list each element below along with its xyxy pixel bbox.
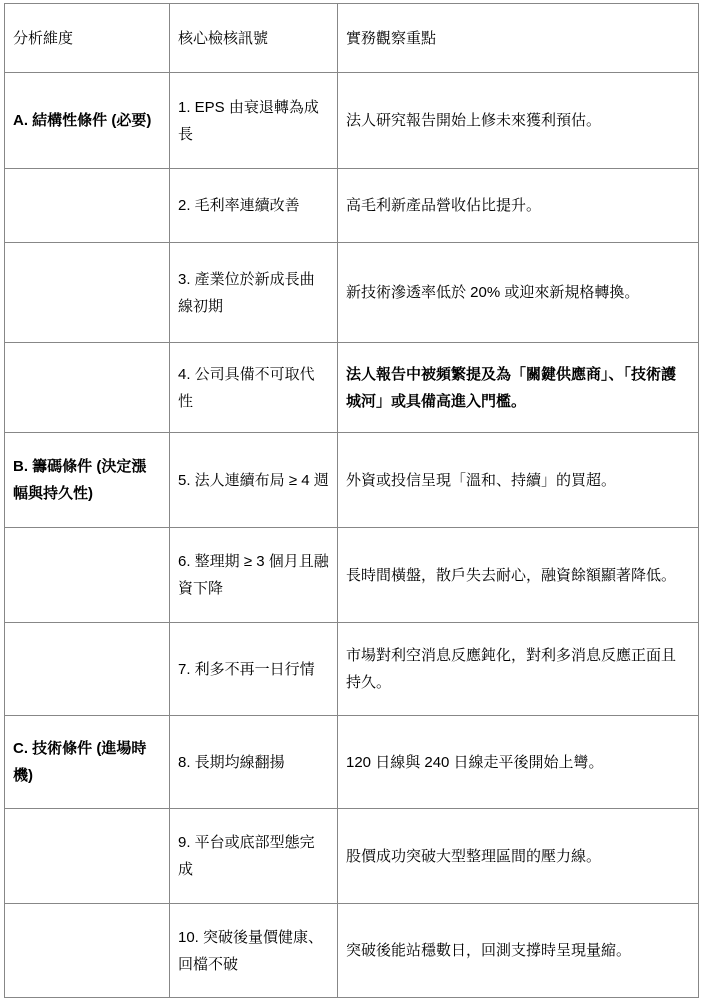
- dimension-cell: A. 結構性條件 (必要): [5, 73, 170, 169]
- dimension-cell: [5, 904, 170, 998]
- column-header-observation: 實務觀察重點: [338, 4, 699, 73]
- column-header-signal: 核心檢核訊號: [170, 4, 338, 73]
- dimension-cell: [5, 169, 170, 243]
- observation-cell: 股價成功突破大型整理區間的壓力線。: [338, 809, 699, 904]
- signal-cell: 7. 利多不再一日行情: [170, 623, 338, 716]
- header-row: 分析維度 核心檢核訊號 實務觀察重點: [5, 4, 699, 73]
- table-row: 9. 平台或底部型態完成 股價成功突破大型整理區間的壓力線。: [5, 809, 699, 904]
- observation-cell: 法人研究報告開始上修未來獲利預估。: [338, 73, 699, 169]
- signal-cell: 1. EPS 由衰退轉為成長: [170, 73, 338, 169]
- observation-cell: 市場對利空消息反應鈍化，對利多消息反應正面且持久。: [338, 623, 699, 716]
- signal-cell: 6. 整理期 ≥ 3 個月且融資下降: [170, 528, 338, 623]
- table-row: 4. 公司具備不可取代性 法人報告中被頻繁提及為「關鍵供應商」、「技術護城河」或…: [5, 343, 699, 433]
- table-row: 2. 毛利率連續改善 高毛利新產品營收佔比提升。: [5, 169, 699, 243]
- dimension-cell: [5, 809, 170, 904]
- dimension-cell: [5, 243, 170, 343]
- signal-cell: 10. 突破後量價健康、回檔不破: [170, 904, 338, 998]
- observation-cell: 突破後能站穩數日，回測支撐時呈現量縮。: [338, 904, 699, 998]
- table-row: A. 結構性條件 (必要) 1. EPS 由衰退轉為成長 法人研究報告開始上修未…: [5, 73, 699, 169]
- observation-cell: 外資或投信呈現「溫和、持續」的買超。: [338, 433, 699, 528]
- observation-cell: 高毛利新產品營收佔比提升。: [338, 169, 699, 243]
- dimension-cell: [5, 528, 170, 623]
- dimension-cell: [5, 623, 170, 716]
- table-row: B. 籌碼條件 (決定漲幅與持久性) 5. 法人連續布局 ≥ 4 週 外資或投信…: [5, 433, 699, 528]
- dimension-cell: C. 技術條件 (進場時機): [5, 716, 170, 809]
- signal-cell: 4. 公司具備不可取代性: [170, 343, 338, 433]
- table-row: 10. 突破後量價健康、回檔不破 突破後能站穩數日，回測支撐時呈現量縮。: [5, 904, 699, 998]
- observation-cell: 120 日線與 240 日線走平後開始上彎。: [338, 716, 699, 809]
- signal-cell: 8. 長期均線翻揚: [170, 716, 338, 809]
- signal-cell: 9. 平台或底部型態完成: [170, 809, 338, 904]
- table-row: 7. 利多不再一日行情 市場對利空消息反應鈍化，對利多消息反應正面且持久。: [5, 623, 699, 716]
- table-row: 3. 產業位於新成長曲線初期 新技術滲透率低於 20% 或迎來新規格轉換。: [5, 243, 699, 343]
- document-page: 分析維度 核心檢核訊號 實務觀察重點 A. 結構性條件 (必要) 1. EPS …: [0, 0, 705, 1002]
- dimension-cell: [5, 343, 170, 433]
- observation-cell: 長時間橫盤，散戶失去耐心，融資餘額顯著降低。: [338, 528, 699, 623]
- dimension-cell: B. 籌碼條件 (決定漲幅與持久性): [5, 433, 170, 528]
- table-row: 6. 整理期 ≥ 3 個月且融資下降 長時間橫盤，散戶失去耐心，融資餘額顯著降低…: [5, 528, 699, 623]
- signal-cell: 5. 法人連續布局 ≥ 4 週: [170, 433, 338, 528]
- observation-cell: 新技術滲透率低於 20% 或迎來新規格轉換。: [338, 243, 699, 343]
- signal-cell: 2. 毛利率連續改善: [170, 169, 338, 243]
- analysis-checklist-table: 分析維度 核心檢核訊號 實務觀察重點 A. 結構性條件 (必要) 1. EPS …: [4, 3, 699, 998]
- observation-cell: 法人報告中被頻繁提及為「關鍵供應商」、「技術護城河」或具備高進入門檻。: [338, 343, 699, 433]
- table-row: C. 技術條件 (進場時機) 8. 長期均線翻揚 120 日線與 240 日線走…: [5, 716, 699, 809]
- column-header-dimension: 分析維度: [5, 4, 170, 73]
- signal-cell: 3. 產業位於新成長曲線初期: [170, 243, 338, 343]
